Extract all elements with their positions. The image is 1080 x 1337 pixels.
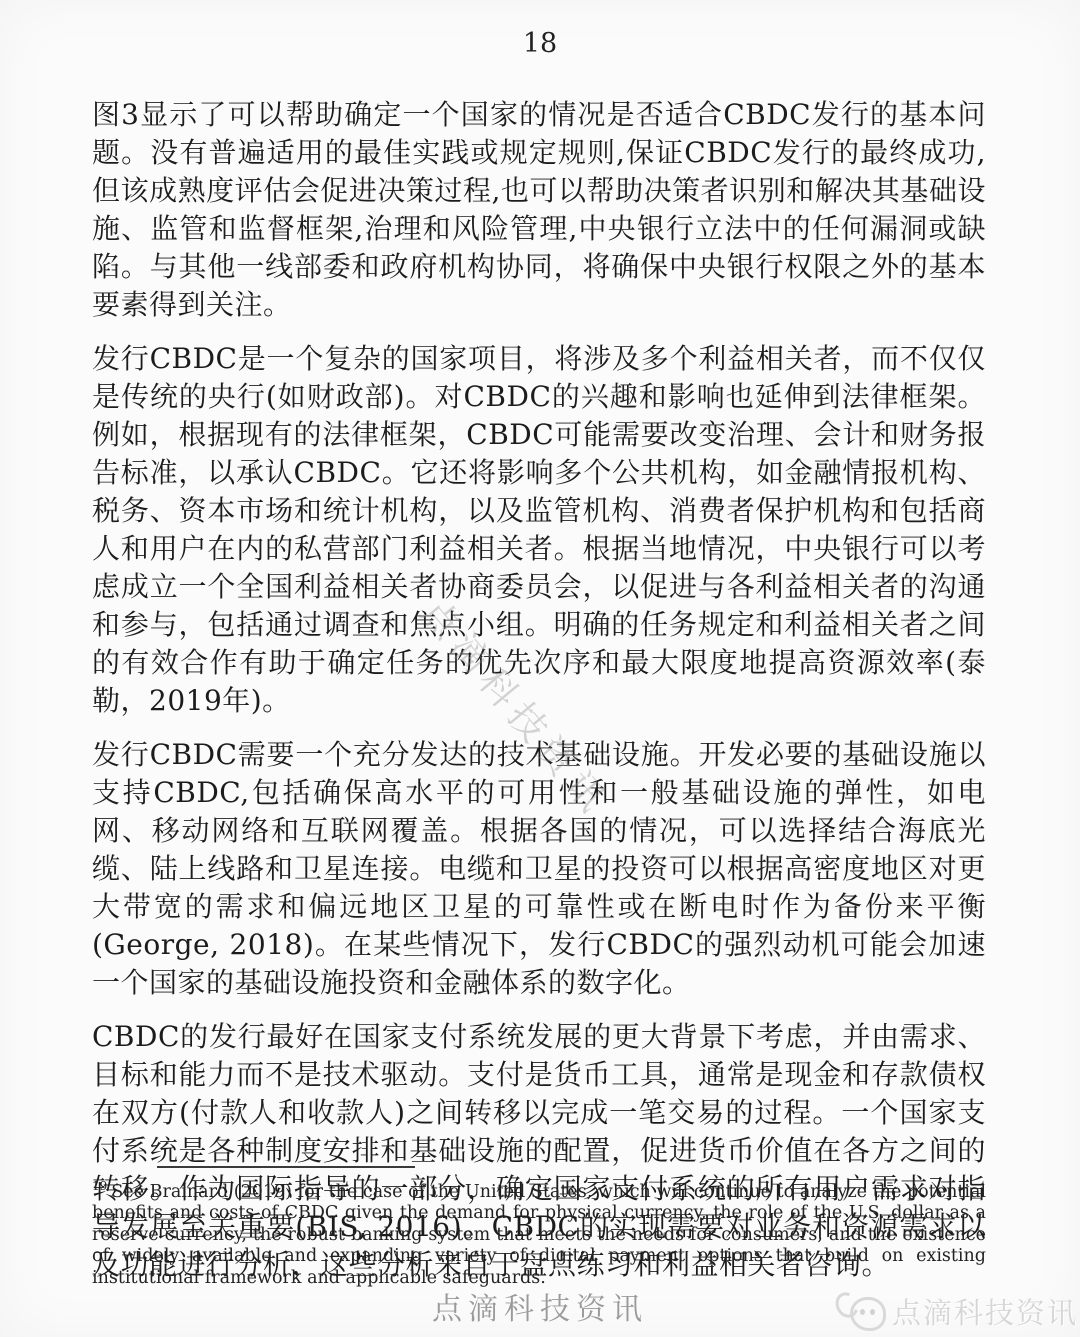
paragraph-stakeholders-legal: 发行CBDC是一个复杂的国家项目，将涉及多个利益相关者，而不仅仅是传统的央行(如… xyxy=(92,340,986,720)
footnote: 19See Brainard (2019) for the case of th… xyxy=(92,1176,986,1289)
page-number: 18 xyxy=(0,28,1080,59)
footnote-text: See Brainard (2019) for the case of the … xyxy=(92,1182,986,1288)
paragraph-figure3-readiness: 图3显示了可以帮助确定一个国家的情况是否适合CBDC发行的基本问题。没有普遍适用… xyxy=(92,96,986,324)
paragraph-tech-infrastructure: 发行CBDC需要一个充分发达的技术基础设施。开发必要的基础设施以支持CBDC,包… xyxy=(92,736,986,1002)
document-body: 图3显示了可以帮助确定一个国家的情况是否适合CBDC发行的基本问题。没有普遍适用… xyxy=(92,96,986,1300)
footnote-separator xyxy=(157,1166,415,1168)
document-page: 18 图3显示了可以帮助确定一个国家的情况是否适合CBDC发行的基本问题。没有普… xyxy=(0,0,1080,1337)
footnote-marker: 19 xyxy=(92,1179,107,1193)
